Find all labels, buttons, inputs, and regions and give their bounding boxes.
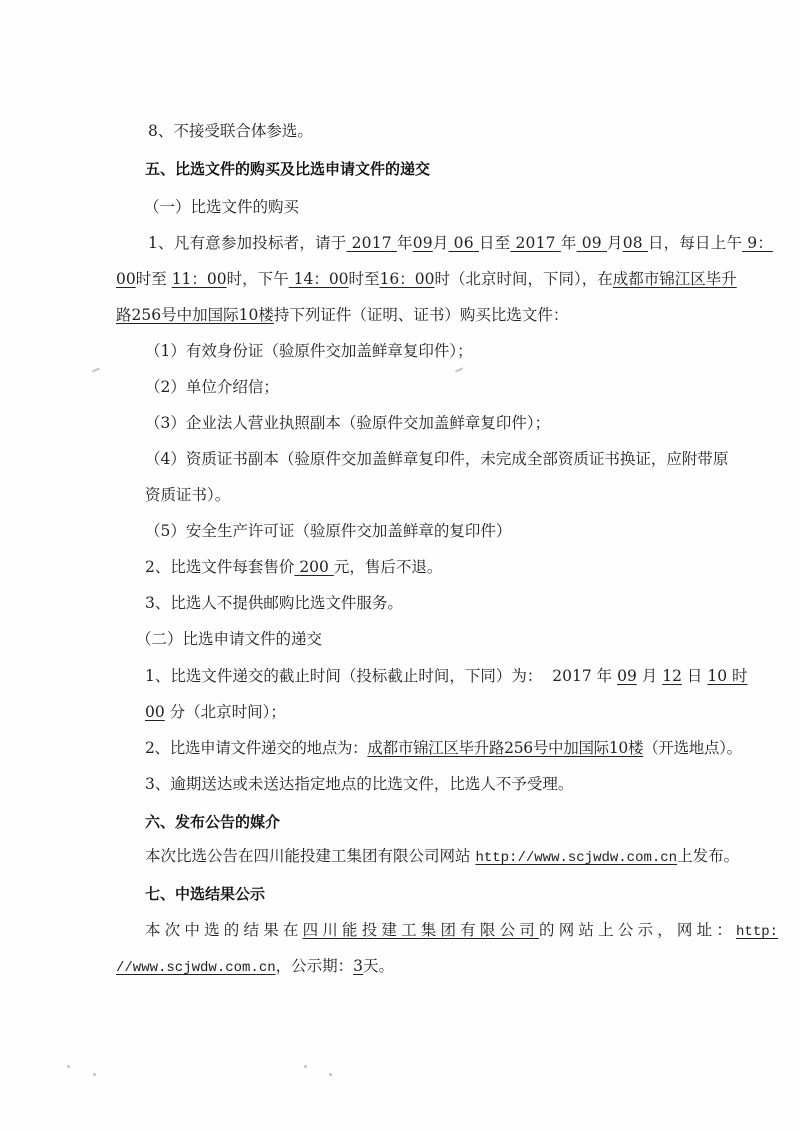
item-8: 8、不接受联合体参选。: [148, 121, 313, 141]
purchase-period-line-2: 00时至 11：00时，下午 14：00时至16：00时（北京时间，下同），在成…: [116, 269, 737, 289]
item-8-text: 8、不接受联合体参选。: [148, 122, 313, 140]
start-year-value: 2017: [352, 234, 392, 252]
no-mail-order: 3、比选人不提供邮购比选文件服务。: [145, 593, 403, 613]
scan-artifact: [67, 1065, 70, 1068]
scan-artifact: [92, 367, 100, 372]
text: 年: [561, 234, 577, 252]
section-7-heading: 七、中选结果公示: [145, 884, 265, 904]
scan-artifact: [93, 1073, 96, 1076]
website-link[interactable]: http://www.scjwdw.com.cn: [475, 850, 677, 866]
text: 日至: [479, 234, 510, 252]
required-doc-4-text: （4）资质证书副本（验原件交加盖鲜章复印件，未完成全部资质证书换证，应附带原: [145, 450, 728, 468]
text: 本次比选公告在四川能投建工集团有限公司网站: [145, 847, 471, 865]
end-year-value: 2017: [515, 234, 555, 252]
company-name: 四川能投建工集团有限公司: [303, 921, 539, 939]
required-doc-4: （4）资质证书副本（验原件交加盖鲜章复印件，未完成全部资质证书换证，应附带原: [145, 449, 728, 469]
text: 月: [642, 667, 658, 685]
deadline-year: 2017: [552, 667, 591, 685]
price: 200: [294, 558, 333, 576]
pm-start: 14：00: [289, 270, 349, 288]
start-day: 06: [449, 234, 479, 252]
required-doc-2-text: （2）单位介绍信；: [145, 378, 279, 396]
end-year: 2017: [510, 234, 561, 252]
text: ，公示期：: [276, 957, 354, 975]
required-doc-3-text: （3）企业法人营业执照副本（验原件交加盖鲜章复印件）；: [145, 414, 550, 432]
end-month-value: 09: [582, 234, 602, 252]
text: 上发布。: [677, 847, 739, 865]
deadline-day: 12: [662, 667, 682, 685]
am-end: 11：00: [172, 270, 227, 288]
required-doc-1: （1）有效身份证（验原件交加盖鲜章复印件）；: [145, 341, 473, 361]
pm-end: 16：00: [380, 270, 435, 288]
text: （开选地点）。: [643, 739, 742, 757]
submission-place: 2、比选申请文件递交的地点为：成都市锦江区毕升路256号中加国际10楼（开选地点…: [145, 738, 742, 758]
result-url-part-1[interactable]: http:: [736, 924, 778, 940]
am-start-b: 00: [116, 270, 136, 288]
section-5-title: 五、比选文件的购买及比选申请文件的递交: [145, 160, 430, 178]
section-6-heading: 六、发布公告的媒介: [145, 812, 280, 832]
required-doc-5: （5）安全生产许可证（验原件交加盖鲜章的复印件）: [145, 521, 511, 541]
text: 日: [687, 667, 703, 685]
text: 的网站上公示，网址：: [539, 921, 736, 939]
no-mail-order-text: 3、比选人不提供邮购比选文件服务。: [145, 594, 403, 612]
required-doc-1-text: （1）有效身份证（验原件交加盖鲜章复印件）；: [145, 342, 473, 360]
text: 月: [607, 234, 623, 252]
text: 天。: [363, 957, 394, 975]
required-doc-2: （2）单位介绍信；: [145, 377, 279, 397]
subsection-2-title: （二）比选申请文件的递交: [136, 630, 322, 648]
am-end-value: 11：00: [172, 270, 227, 288]
deadline-hour: 10 时: [707, 667, 747, 685]
deadline-line-1: 1、比选文件递交的截止时间（投标截止时间，下同）为： 2017 年 09 月 1…: [145, 666, 747, 686]
required-doc-4-cont-text: 资质证书）。: [145, 486, 230, 504]
publication-line: 本次比选公告在四川能投建工集团有限公司网站 http://www.scjwdw.…: [145, 846, 739, 868]
end-month: 09: [577, 234, 607, 252]
text: 元，售后不退。: [334, 558, 443, 576]
required-doc-4-cont: 资质证书）。: [145, 485, 230, 505]
text: 1、凡有意参加投标者，请于: [148, 234, 346, 252]
section-7-title: 七、中选结果公示: [145, 885, 265, 903]
scan-artifact: [304, 1065, 307, 1068]
text: 分（北京时间）；: [170, 703, 286, 721]
text: 2、比选申请文件递交的地点为：: [145, 739, 367, 757]
text: 时至: [349, 270, 380, 288]
start-month-value: 09: [413, 234, 433, 252]
text: 日，每日上午: [648, 234, 742, 252]
submission-address: 成都市锦江区毕升路256号中加国际10楼: [367, 739, 643, 757]
deadline-line-2: 00 分（北京时间）；: [145, 702, 286, 722]
required-doc-3: （3）企业法人营业执照副本（验原件交加盖鲜章复印件）；: [145, 413, 550, 433]
text: 时，下午: [227, 270, 289, 288]
section-5-heading: 五、比选文件的购买及比选申请文件的递交: [145, 159, 430, 179]
document-page: 8、不接受联合体参选。 五、比选文件的购买及比选申请文件的递交 （一）比选文件的…: [0, 0, 800, 1131]
late-submission-text: 3、逾期送达或未送达指定地点的比选文件，比选人不予受理。: [145, 775, 573, 793]
required-doc-5-text: （5）安全生产许可证（验原件交加盖鲜章的复印件）: [145, 522, 511, 540]
result-announcement-line-1: 本次中选的结果在四川能投建工集团有限公司的网站上公示，网址：http:: [145, 920, 778, 942]
text: 年: [597, 667, 613, 685]
publicity-days: 3: [353, 957, 363, 975]
am-start-a: 9：: [742, 234, 773, 252]
deadline-month: 09: [617, 667, 637, 685]
purchase-period-line-1: 1、凡有意参加投标者，请于 2017 年09月 06 日至 2017 年 09 …: [148, 233, 773, 253]
text: 年: [397, 234, 413, 252]
purchase-address-part-2: 路256号中加国际10楼: [116, 306, 274, 324]
text: 本次中选的结果在: [145, 921, 303, 939]
text: 月: [433, 234, 449, 252]
text: 2、比选文件每套售价: [145, 558, 294, 576]
price-line: 2、比选文件每套售价 200 元，售后不退。: [145, 557, 442, 577]
end-day: 08: [623, 234, 648, 252]
subsection-2-heading: （二）比选申请文件的递交: [136, 629, 322, 649]
late-submission: 3、逾期送达或未送达指定地点的比选文件，比选人不予受理。: [145, 774, 573, 794]
subsection-1-title: （一）比选文件的购买: [144, 198, 299, 216]
pm-start-value: 14：00: [294, 270, 349, 288]
end-day-value: 08: [623, 234, 643, 252]
result-announcement-line-2: //www.scjwdw.com.cn，公示期：3天。: [116, 956, 394, 978]
purchase-address-part-1: 成都市锦江区毕升: [613, 270, 737, 288]
price-value: 200: [299, 558, 329, 576]
scan-artifact: [329, 1073, 332, 1076]
scan-artifact: [455, 367, 463, 372]
text: 持下列证件（证明、证书）购买比选文件：: [274, 306, 569, 324]
purchase-period-line-3: 路256号中加国际10楼持下列证件（证明、证书）购买比选文件：: [116, 305, 568, 325]
text: 时（北京时间，下同），在: [435, 270, 613, 288]
am-start-a-value: 9：: [747, 234, 773, 252]
start-month: 09: [413, 234, 433, 252]
section-6-title: 六、发布公告的媒介: [145, 813, 280, 831]
result-url-part-2[interactable]: //www.scjwdw.com.cn: [116, 960, 276, 976]
subsection-1-heading: （一）比选文件的购买: [144, 197, 299, 217]
start-year: 2017: [346, 234, 397, 252]
start-day-value: 06: [454, 234, 474, 252]
text: 1、比选文件递交的截止时间（投标截止时间，下同）为：: [145, 667, 542, 685]
deadline-minute: 00: [145, 703, 165, 721]
pm-end-value: 16：00: [380, 270, 435, 288]
text: 时至: [136, 270, 167, 288]
